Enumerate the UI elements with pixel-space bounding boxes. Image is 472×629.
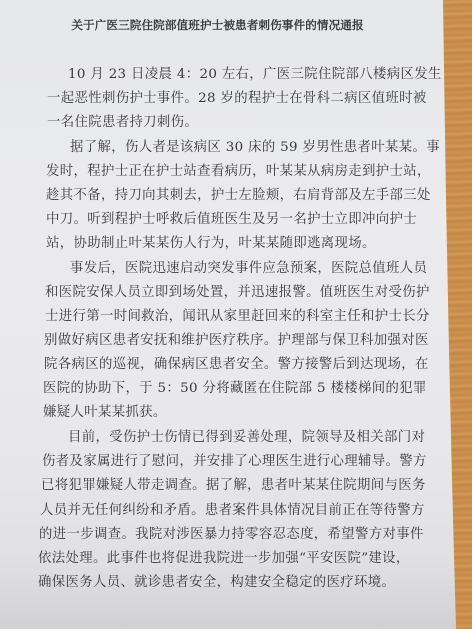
paragraph-1-line-2: 一起恶性刺伤护士事件。28 岁的程护士在骨科二病区值班时被 [47, 87, 427, 106]
paragraph-3-line-7: 嫌疑人叶某某抓获。 [43, 401, 167, 420]
paragraph-4-line-6: 依法处理。此事件也将促进我院进一步加强“平安医院”建设， [38, 547, 410, 566]
paragraph-1-line-3: 一名住院患者持刀刺伤。 [47, 111, 198, 130]
paper-shadow [0, 559, 472, 629]
document-title: 关于广医三院住院部值班护士被患者刺伤事件的情况通报 [0, 17, 435, 33]
paragraph-2-line-4: 中刀。听到程护士呼救后值班医生及另一名护士立即冲向护士 [46, 208, 417, 227]
paragraph-4-line-7: 确保医务人员、就诊患者安全，构建安全稳定的医疗环境。 [38, 571, 395, 590]
paragraph-2-line-5: 站，协助制止叶某某伤人行为，叶某某随即逃离现场。 [46, 232, 376, 251]
paragraph-3-line-5: 院各病区的巡视，确保病区患者安全。警方接警后到达现场，在 [44, 353, 429, 372]
paragraph-4-line-3: 已将犯罪嫌疑人带走调查。据了解，患者叶某某住院期间与医务 [41, 474, 426, 493]
paragraph-3-line-2: 和医院安保人员立即到场处置，并迅速报警。值班医生对受伤护 [45, 281, 430, 300]
paragraph-4-line-5: 的进一步调查。我院对涉医暴力持零容忍态度，希望警方对事件 [39, 523, 424, 542]
paragraph-4-line-4: 人员并无任何纠纷和矛盾。患者案件具体情况目前正在等待警方 [40, 499, 425, 518]
paragraph-1-line-1: 10 月 23 日凌晨 4：20 左右，广医三院住院部八楼病区发生 [68, 63, 442, 82]
paragraph-3-line-3: 士进行第一时间救治，闻讯从家里赶回来的科室主任和护士长分 [45, 305, 430, 324]
paragraph-3-line-1: 事发后，医院迅速启动突发事件应急预案，医院总值班人员 [70, 257, 427, 276]
paragraph-3-line-6: 医院的协助下，于 5：50 分将藏匿在住院部 5 楼楼梯间的犯罪 [43, 377, 427, 396]
paragraph-2-line-3: 趁其不备，持刀向其刺去，护士左脸颊，右肩背部及左手部三处 [46, 184, 431, 203]
paragraph-4-line-1: 目前，受伤护士伤情已得到妥善处理，院领导及相关部门对 [68, 426, 425, 445]
paragraph-2-line-2: 发时，程护士正在护士站查看病历，叶某某从病房走到护士站， [46, 160, 431, 179]
paragraph-4-line-2: 伤者及家属进行了慰问，并安排了心理医生进行心理辅导。警方 [42, 450, 427, 469]
paper-sheet: 关于广医三院住院部值班护士被患者刺伤事件的情况通报 10 月 23 日凌晨 4：… [0, 0, 472, 629]
paragraph-3-line-4: 别做好病区患者安抚和维护医疗秩序。护理部与保卫科加强对医 [44, 329, 429, 348]
paragraph-2-line-1: 据了解，伤人者是该病区 30 床的 59 岁男性患者叶某某。事 [70, 136, 440, 155]
